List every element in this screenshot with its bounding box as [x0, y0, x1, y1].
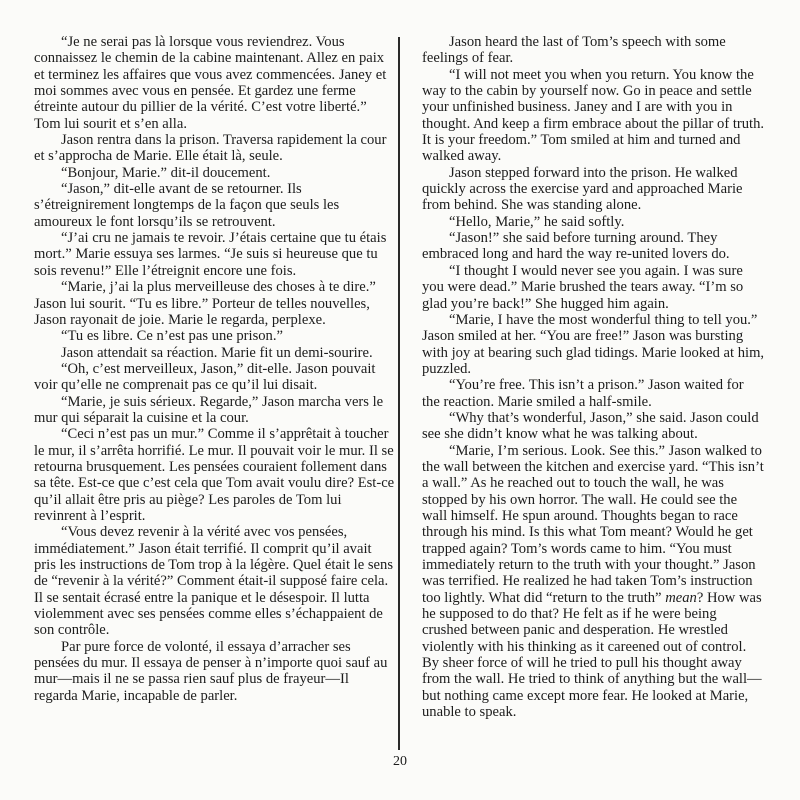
paragraph: “Tu es libre. Ce n’est pas une prison.”	[34, 328, 396, 344]
paragraph: “J’ai cru ne jamais te revoir. J’étais c…	[34, 230, 396, 279]
paragraph: “Ceci n’est pas un mur.” Comme il s’appr…	[34, 426, 396, 524]
paragraph: “Jason,” dit-elle avant de se retourner.…	[34, 181, 396, 230]
paragraph: Par pure force de volonté, il essaya d’a…	[34, 639, 396, 704]
text-run: “Marie, I’m serious. Look. See this.” Ja…	[422, 443, 764, 606]
english-text-column: Jason heard the last of Tom’s speech wit…	[422, 34, 765, 720]
paragraph: “You’re free. This isn’t a prison.” Jaso…	[422, 377, 765, 410]
paragraph: “Marie, I’m serious. Look. See this.” Ja…	[422, 443, 765, 721]
paragraph: “Why that’s wonderful, Jason,” she said.…	[422, 410, 765, 443]
paragraph: “Jason!” she said before turning around.…	[422, 230, 765, 263]
column-divider	[398, 37, 400, 750]
paragraph: Jason attendait sa réaction. Marie fit u…	[34, 345, 396, 361]
paragraph: “I thought I would never see you again. …	[422, 263, 765, 312]
paragraph: “Vous devez revenir à la vérité avec vos…	[34, 524, 396, 638]
paragraph: “Bonjour, Marie.” dit-il doucement.	[34, 165, 396, 181]
page-number: 20	[0, 754, 800, 770]
paragraph: “Marie, j’ai la plus merveilleuse des ch…	[34, 279, 396, 328]
paragraph: “Marie, je suis sérieux. Regarde,” Jason…	[34, 394, 396, 427]
paragraph: Jason stepped forward into the prison. H…	[422, 165, 765, 214]
paragraph: “I will not meet you when you return. Yo…	[422, 67, 765, 165]
french-text-column: “Je ne serai pas là lorsque vous reviend…	[34, 34, 396, 704]
text-run: ? How was he supposed to do that? He fel…	[422, 590, 762, 720]
emphasis: mean	[665, 590, 697, 606]
paragraph: “Oh, c’est merveilleux, Jason,” dit-elle…	[34, 361, 396, 394]
paragraph: Jason rentra dans la prison. Traversa ra…	[34, 132, 396, 165]
paragraph: “Marie, I have the most wonderful thing …	[422, 312, 765, 377]
paragraph: “Je ne serai pas là lorsque vous reviend…	[34, 34, 396, 132]
paragraph: “Hello, Marie,” he said softly.	[422, 214, 765, 230]
paragraph: Jason heard the last of Tom’s speech wit…	[422, 34, 765, 67]
